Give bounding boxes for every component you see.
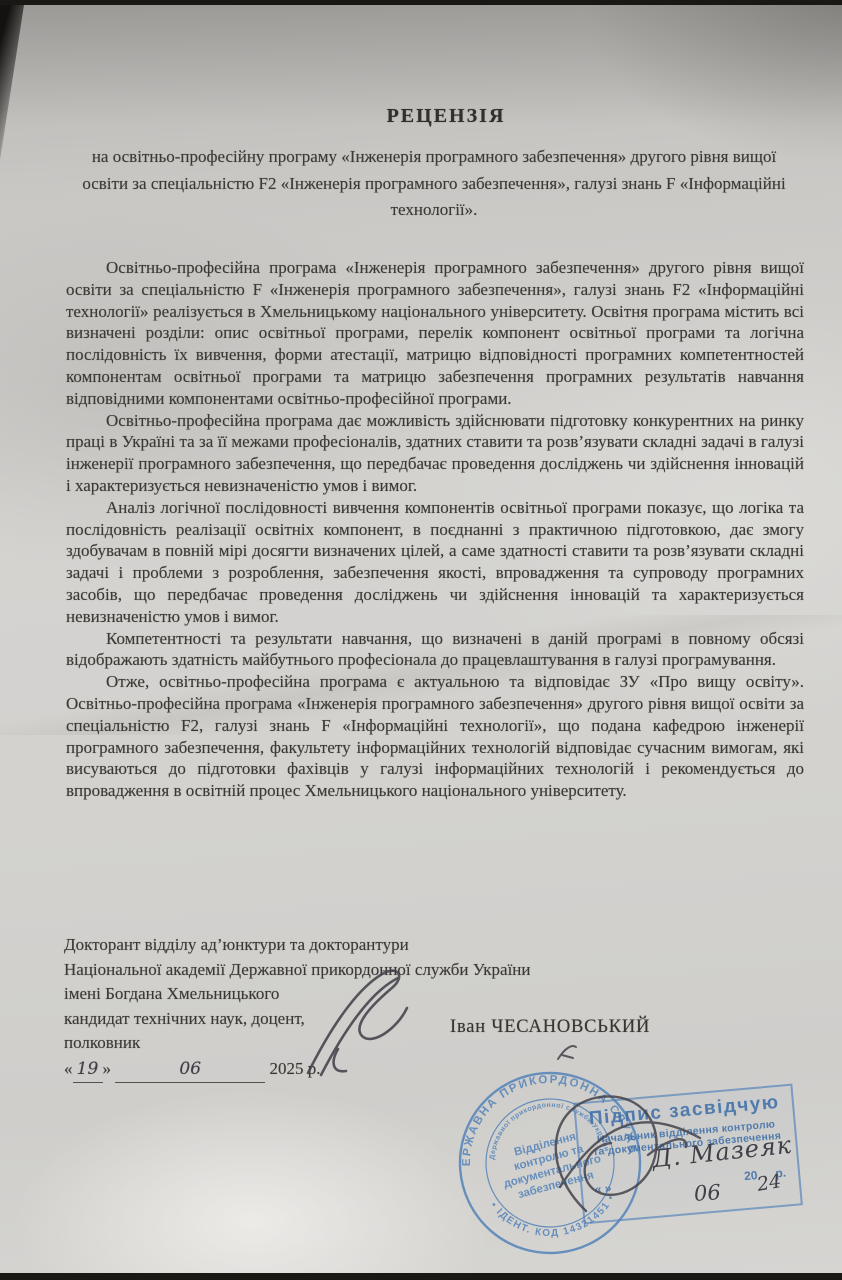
signer-position-line: Докторант відділу ад’юнктури та докторан… [64, 933, 531, 958]
paper-shadow-top-right [582, 5, 842, 165]
stamp-year-prefix: 20 [744, 1168, 759, 1183]
document-subtitle: на освітньо-професійну програму «Інженер… [72, 144, 796, 224]
paragraph-3: Аналіз логічної послідовності вивчення к… [66, 497, 804, 628]
handwritten-month: 06 [179, 1059, 201, 1079]
signature-block: Докторант відділу ад’юнктури та докторан… [64, 933, 531, 1083]
certification-stamp-date-row: « » 20р. [582, 1165, 798, 1198]
stamp-date-quotes: « » [594, 1181, 612, 1196]
document-page: РЕЦЕНЗІЯ на освітньо-професійну програму… [0, 5, 842, 1273]
stamp-year-suffix: р. [775, 1166, 787, 1181]
document-body: Освітньо-професійна програма «Інженерія … [66, 257, 804, 802]
paragraph-1: Освітньо-професійна програма «Інженерія … [66, 257, 804, 410]
printed-year: 2025 р. [270, 1059, 321, 1078]
paragraph-5: Отже, освітньо-професійна програма є акт… [66, 671, 804, 802]
handwritten-day: 19 [77, 1059, 99, 1079]
signer-institution-name-line: імені Богдана Хмельницького [64, 982, 531, 1007]
certification-stamp: Підпис засвідчую Начальник відділення ко… [573, 1084, 803, 1225]
quote-close: » [103, 1059, 112, 1078]
signer-name-ink-mark [558, 1046, 576, 1059]
paragraph-4: Компетентності та результати навчання, щ… [66, 628, 804, 672]
paragraph-2: Освітньо-професійна програма дає можливі… [66, 410, 804, 497]
signer-institution-line: Національної академії Державної прикордо… [64, 958, 531, 983]
document-title: РЕЦЕНЗІЯ [62, 105, 830, 128]
quote-open: « [64, 1059, 73, 1078]
signer-name: Іван ЧЕСАНОВСЬКИЙ [450, 1017, 650, 1038]
